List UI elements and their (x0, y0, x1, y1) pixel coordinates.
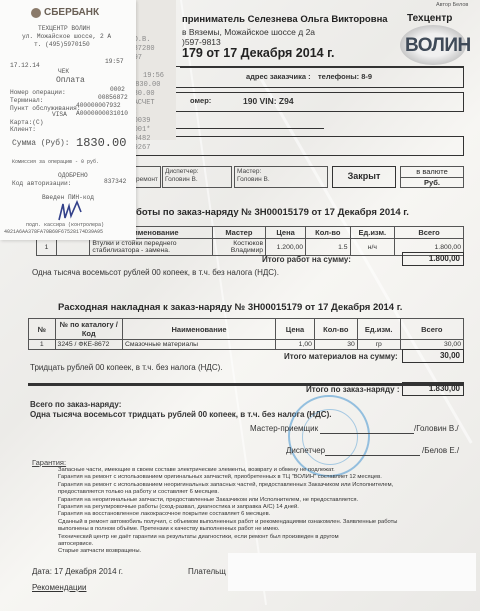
cell-name: Втулки и стойки переднего стабилизатора … (90, 239, 212, 256)
client-label: Клиент: (10, 126, 36, 133)
payer-label: Плательщ (188, 567, 226, 576)
master-label: Мастер: (237, 168, 325, 176)
divider (160, 128, 324, 129)
warranty-line: Гарантия на восстановленное лакокрасочно… (58, 511, 458, 518)
col-qty: Кол-во (314, 319, 357, 340)
cell-unit: н/ч (350, 239, 394, 256)
approved-text: ОДОБРЕНО (58, 172, 88, 179)
cell-total: 30,00 (400, 340, 463, 350)
terminal-label: Терминал: (10, 97, 43, 104)
dispatcher-signature-label: Диспетчер (286, 446, 325, 455)
currency-value: Руб. (401, 177, 463, 187)
cell-qty: 1.5 (306, 239, 350, 256)
col-price: Цена (266, 227, 306, 239)
cell-price: 1,00 (276, 340, 315, 350)
dispatcher-label: Диспетчер: (165, 168, 229, 176)
cell-price: 1.200,00 (266, 239, 306, 256)
dispatcher-name: Головин В. (165, 176, 229, 184)
grand-total-label: Всего по заказ-наряду: (30, 400, 121, 409)
col-unit: Ед.изм. (350, 227, 394, 239)
op-number: 0002 (110, 86, 125, 93)
warranty-line: выполнены в полном объёме. Претензии к к… (58, 526, 458, 533)
bank-name: СБЕРБАНК (44, 7, 99, 18)
cashier-signature-icon (55, 200, 85, 222)
master-signature-label: Мастер-приемщик (250, 424, 318, 433)
customer-address-label: адрес заказчика : (246, 72, 311, 81)
recommendations-link: Рекомендации (32, 583, 86, 592)
warranty-line: предоставляется только на работу и соста… (58, 489, 458, 496)
customer-address-box (160, 66, 464, 88)
company-stamp-icon (288, 395, 370, 477)
cell-num: 1 (29, 340, 56, 350)
cell-master: Костюков Владимир (212, 239, 265, 256)
cell-name: Смазочные материалы (122, 340, 275, 350)
cell-blank (57, 239, 90, 256)
warranty-line: Гарантия на регулировочные работы (сход-… (58, 504, 458, 511)
receipt-date: 17.12.14 (10, 62, 40, 69)
col-unit: Ед.изм. (357, 319, 400, 340)
cell-qty: 30 (314, 340, 357, 350)
warranty-line: Гарантия на ремонт с использованием неор… (58, 482, 458, 489)
col-code: № по каталогу / Код (55, 319, 122, 340)
cell-code: 3245 / ФКЕ-8672 (55, 340, 122, 350)
currency-box: в валюте Руб. (400, 166, 464, 188)
col-master: Мастер (212, 227, 265, 239)
card-number: A0000000031010 (76, 110, 128, 117)
materials-title: Расходная накладная к заказ-наряду № 3Н0… (58, 302, 402, 313)
dispatcher-signature-name: /Белов Е./ (422, 446, 459, 455)
receipt-phone: т. (495)5970150 (34, 41, 90, 48)
notes-box (130, 136, 464, 156)
materials-total-value: 30,00 (402, 349, 464, 363)
repair-type: ремонт (136, 176, 158, 183)
vehicle-vin: 190 VIN: Z94 (243, 96, 294, 106)
warranty-header: Гарантия: (32, 458, 66, 467)
warranty-terms: Запасные части, имеющие в своем составе … (58, 467, 458, 556)
works-title: боты по заказ-наряду № 3Н00015179 от 17 … (136, 207, 409, 218)
table-row: 1 Втулки и стойки переднего стабилизатор… (37, 239, 464, 256)
receipt-doc-type: ЧЕК (58, 68, 69, 75)
terminal-id: 00856872 (98, 94, 128, 101)
order-title: 179 от 17 Декабря 2014 г. (182, 46, 335, 60)
master-signature-line (320, 433, 414, 434)
order-total-value: 1.830,00 (402, 382, 464, 396)
signature-caption: подп. кассира (контролера) (26, 222, 104, 228)
col-total: Всего (400, 319, 463, 340)
receipt-hash: 4021A6AA378FA70B60F67528174D39A95 (4, 229, 103, 235)
receipt-time: 19:57 (105, 58, 124, 65)
master-name: Головин В. (237, 176, 325, 184)
table-row: 1 3245 / ФКЕ-8672 Смазочные материалы 1,… (29, 340, 464, 350)
warranty-line: Технический центр не даёт гарантии на ре… (58, 534, 458, 541)
col-price: Цена (276, 319, 315, 340)
service-point-label: Пункт обслуживания: (10, 105, 81, 112)
sberbank-logo-icon (31, 8, 41, 18)
dispatcher-box: Диспетчер: Головин В. (162, 166, 232, 188)
sum-label: Сумма (Руб): (12, 139, 70, 148)
master-box: Мастер: Головин В. (234, 166, 328, 188)
warranty-line: автосервисе. (58, 541, 458, 548)
auth-code-label: Код авторизации: (12, 180, 71, 187)
entrepreneur-name: принимател­ь Селезнева Ольга Викторовна (182, 14, 388, 25)
fee-text: Комиссия за операцию - 0 руб. (12, 159, 99, 165)
brand-name: ВОЛИН (405, 35, 471, 57)
warranty-line: Гарантия на ремонт с использованием ориг… (58, 474, 458, 481)
dispatcher-signature-line (325, 455, 420, 456)
scanned-work-order: Автор Белов принимател­ь Селезнева Ольга… (0, 0, 480, 611)
customer-phones-label: телефоны: 8-9 (318, 72, 372, 81)
col-qty: Кол-во (306, 227, 350, 239)
status-badge: Закрыт (332, 166, 396, 188)
receipt-address: ул. Можайское шоссе, 2 А (22, 33, 111, 40)
cell-unit: гр (357, 340, 400, 350)
col-name: Наименование (122, 319, 275, 340)
materials-header-row: № № по каталогу / Код Наименование Цена … (29, 319, 464, 340)
currency-label: в валюте (401, 167, 463, 177)
materials-table: № № по каталогу / Код Наименование Цена … (28, 318, 464, 350)
sum-value: 1830.00 (76, 136, 126, 150)
warranty-line: Сданный в ремонт автомобиль получил, с о… (58, 519, 458, 526)
cell-num: 1 (37, 239, 57, 256)
col-num: № (29, 319, 56, 340)
materials-total-label: Итого материалов на сумму: (284, 352, 398, 361)
works-total-value: 1.800,00 (402, 252, 464, 266)
vehicle-number-label: омер: (190, 96, 211, 105)
document-date: Дата: 17 Декабря 2014 г. (32, 567, 123, 576)
master-signature-name: /Головин В./ (414, 424, 459, 433)
warranty-line: Гарантия на неоригинальные запчасти, пре… (58, 497, 458, 504)
repair-type-box: ремонт (133, 166, 161, 188)
receipt-merchant: ТЕХЦЕНТР ВОЛИН (38, 25, 90, 32)
works-total-label: Итого работ на сумму: (262, 255, 351, 264)
card-label: Карта:(C) (10, 119, 43, 126)
company-address: в Вяземы, Можайское шоссе д 2а (182, 27, 315, 37)
service-point: 400000007932 (76, 102, 121, 109)
card-payment-receipt: СБЕРБАНК ТЕХЦЕНТР ВОЛИН ул. Можайское шо… (0, 0, 136, 240)
receipt-operation: Оплата (56, 76, 85, 85)
works-total-words: Одна тысяча восемьсот рублей 00 копеек, … (32, 268, 279, 277)
op-number-label: Номер операции: (10, 89, 66, 96)
col-total: Всего (395, 227, 464, 239)
auth-code: 837342 (104, 178, 126, 185)
author-tag: Автор Белов (436, 2, 468, 8)
redacted-area (228, 553, 476, 591)
card-brand: VISA (52, 111, 67, 118)
grand-total-words: Одна тысяча восемьсот тридцать рублей 00… (30, 410, 331, 419)
materials-total-words: Тридцать рублей 00 копеек, в т.ч. без на… (30, 363, 223, 372)
order-total-label: Итого по заказ-наряду : (306, 385, 399, 394)
brand-caption: Техцентр (407, 13, 452, 24)
